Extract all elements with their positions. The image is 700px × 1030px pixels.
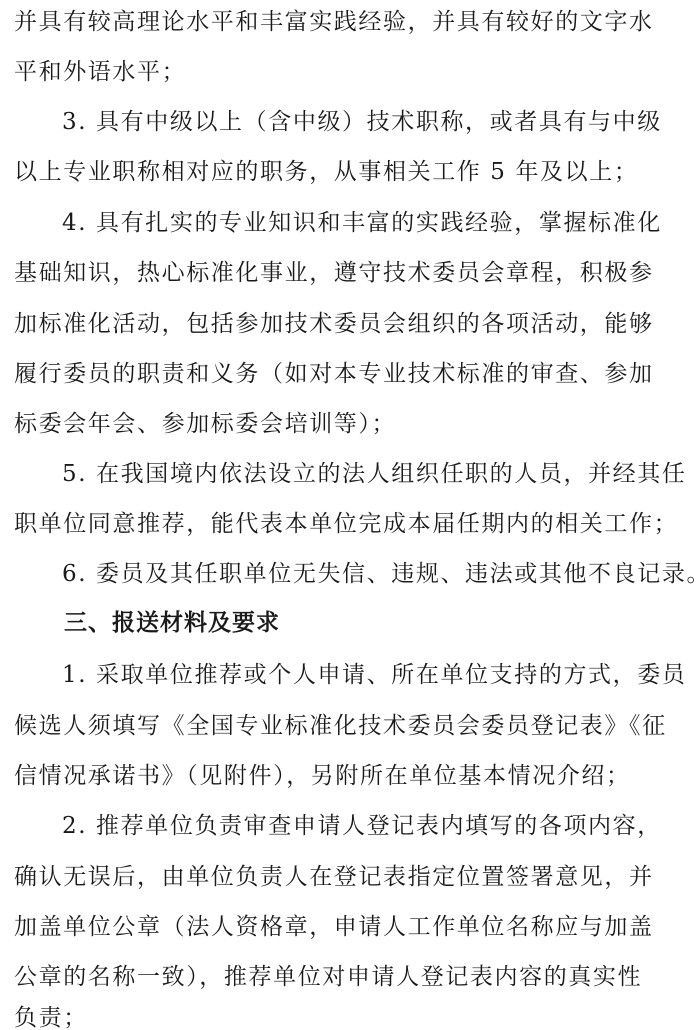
requirement-3-line-1: 3. 具有中级以上（含中级）技术职称，或者具有与中级 [62, 107, 694, 137]
paragraph-2-line-end: 平和外语水平； [14, 57, 694, 87]
material-1-line-2: 候选人须填写《全国专业标准化技术委员会委员登记表》《征 [14, 711, 694, 741]
material-1-line-1: 1. 采取单位推荐或个人申请、所在单位支持的方式，委员 [62, 660, 694, 690]
requirement-4-line-2: 基础知识，热心标准化事业，遵守技术委员会章程，积极参 [14, 258, 694, 288]
material-2-line-2: 确认无误后，由单位负责人在登记表指定位置签署意见，并 [14, 862, 694, 892]
material-1-line-3: 信情况承诺书》（见附件），另附所在单位基本情况介绍； [14, 761, 694, 791]
requirement-5-line-2: 职单位同意推荐，能代表本单位完成本届任期内的相关工作； [14, 509, 694, 539]
requirement-5-line-1: 5. 在我国境内依法设立的法人组织任职的人员，并经其任 [62, 459, 694, 489]
material-2-line-1: 2. 推荐单位负责审查申请人登记表内填写的各项内容， [62, 811, 694, 841]
paragraph-2-line-continued: 并具有较高理论水平和丰富实践经验，并具有较好的文字水 [14, 7, 694, 37]
section-heading-3: 三、报送材料及要求 [64, 608, 700, 638]
requirement-4-line-4: 履行委员的职责和义务（如对本专业技术标准的审查、参加 [14, 359, 694, 389]
requirement-3-line-2: 以上专业职称相对应的职务，从事相关工作 5 年及以上； [14, 157, 694, 187]
requirement-4-line-3: 加标准化活动，包括参加技术委员会组织的各项活动，能够 [14, 309, 694, 339]
requirement-6-line-1: 6. 委员及其任职单位无失信、违规、违法或其他不良记录。 [62, 559, 694, 589]
material-2-line-4: 公章的名称一致），推荐单位对申请人登记表内容的真实性 [14, 962, 694, 992]
requirement-4-line-5: 标委会年会、参加标委会培训等）； [14, 409, 694, 439]
material-2-line-3: 加盖单位公章（法人资格章，申请人工作单位名称应与加盖 [14, 912, 694, 942]
requirement-4-line-1: 4. 具有扎实的专业知识和丰富的实践经验，掌握标准化 [62, 208, 694, 238]
material-2-line-5: 负责； [14, 1003, 694, 1030]
document-page: 并具有较高理论水平和丰富实践经验，并具有较好的文字水 平和外语水平； 3. 具有… [0, 0, 700, 1030]
